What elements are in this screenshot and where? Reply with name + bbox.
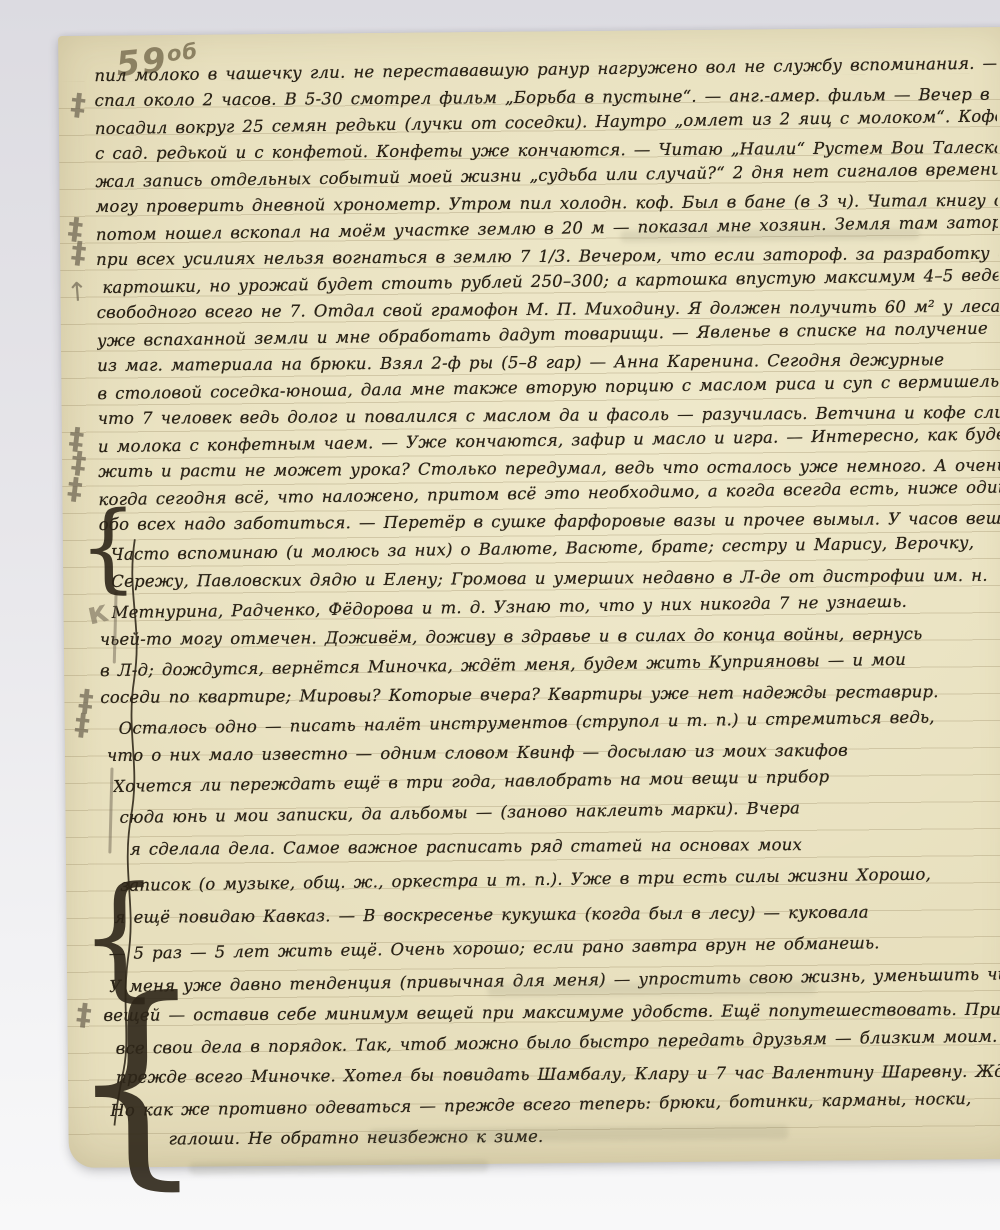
paragraph-block: пил молоко в чашечку гли. не перестававш… xyxy=(94,53,1000,539)
pencil-cross-icon: ‡ xyxy=(65,471,84,507)
paragraph-block: сюда юнь и мои записки, да альбомы — (за… xyxy=(101,791,1000,970)
pencil-cross-icon: ‡ xyxy=(69,87,88,123)
bleed-through xyxy=(189,1160,489,1175)
paragraph-block: Часто вспоминаю (и молюсь за них) о Валю… xyxy=(99,530,1000,800)
pencil-cross-icon: ‡ xyxy=(67,421,86,457)
pencil-arrow-up-icon: ↑ xyxy=(65,277,89,309)
pencil-cross-icon: ‡ xyxy=(73,707,92,743)
pencil-cross-icon: ‡ xyxy=(69,235,88,271)
manuscript-page: 59об пил молоко в чашечку гли. не перест… xyxy=(58,27,1000,1168)
pencil-cross-icon: ‡ xyxy=(76,683,95,719)
pencil-cross-icon: ‡ xyxy=(74,997,93,1033)
pencil-cross-icon: ‡ xyxy=(69,445,88,481)
pencil-cross-icon: ‡ xyxy=(66,211,85,247)
